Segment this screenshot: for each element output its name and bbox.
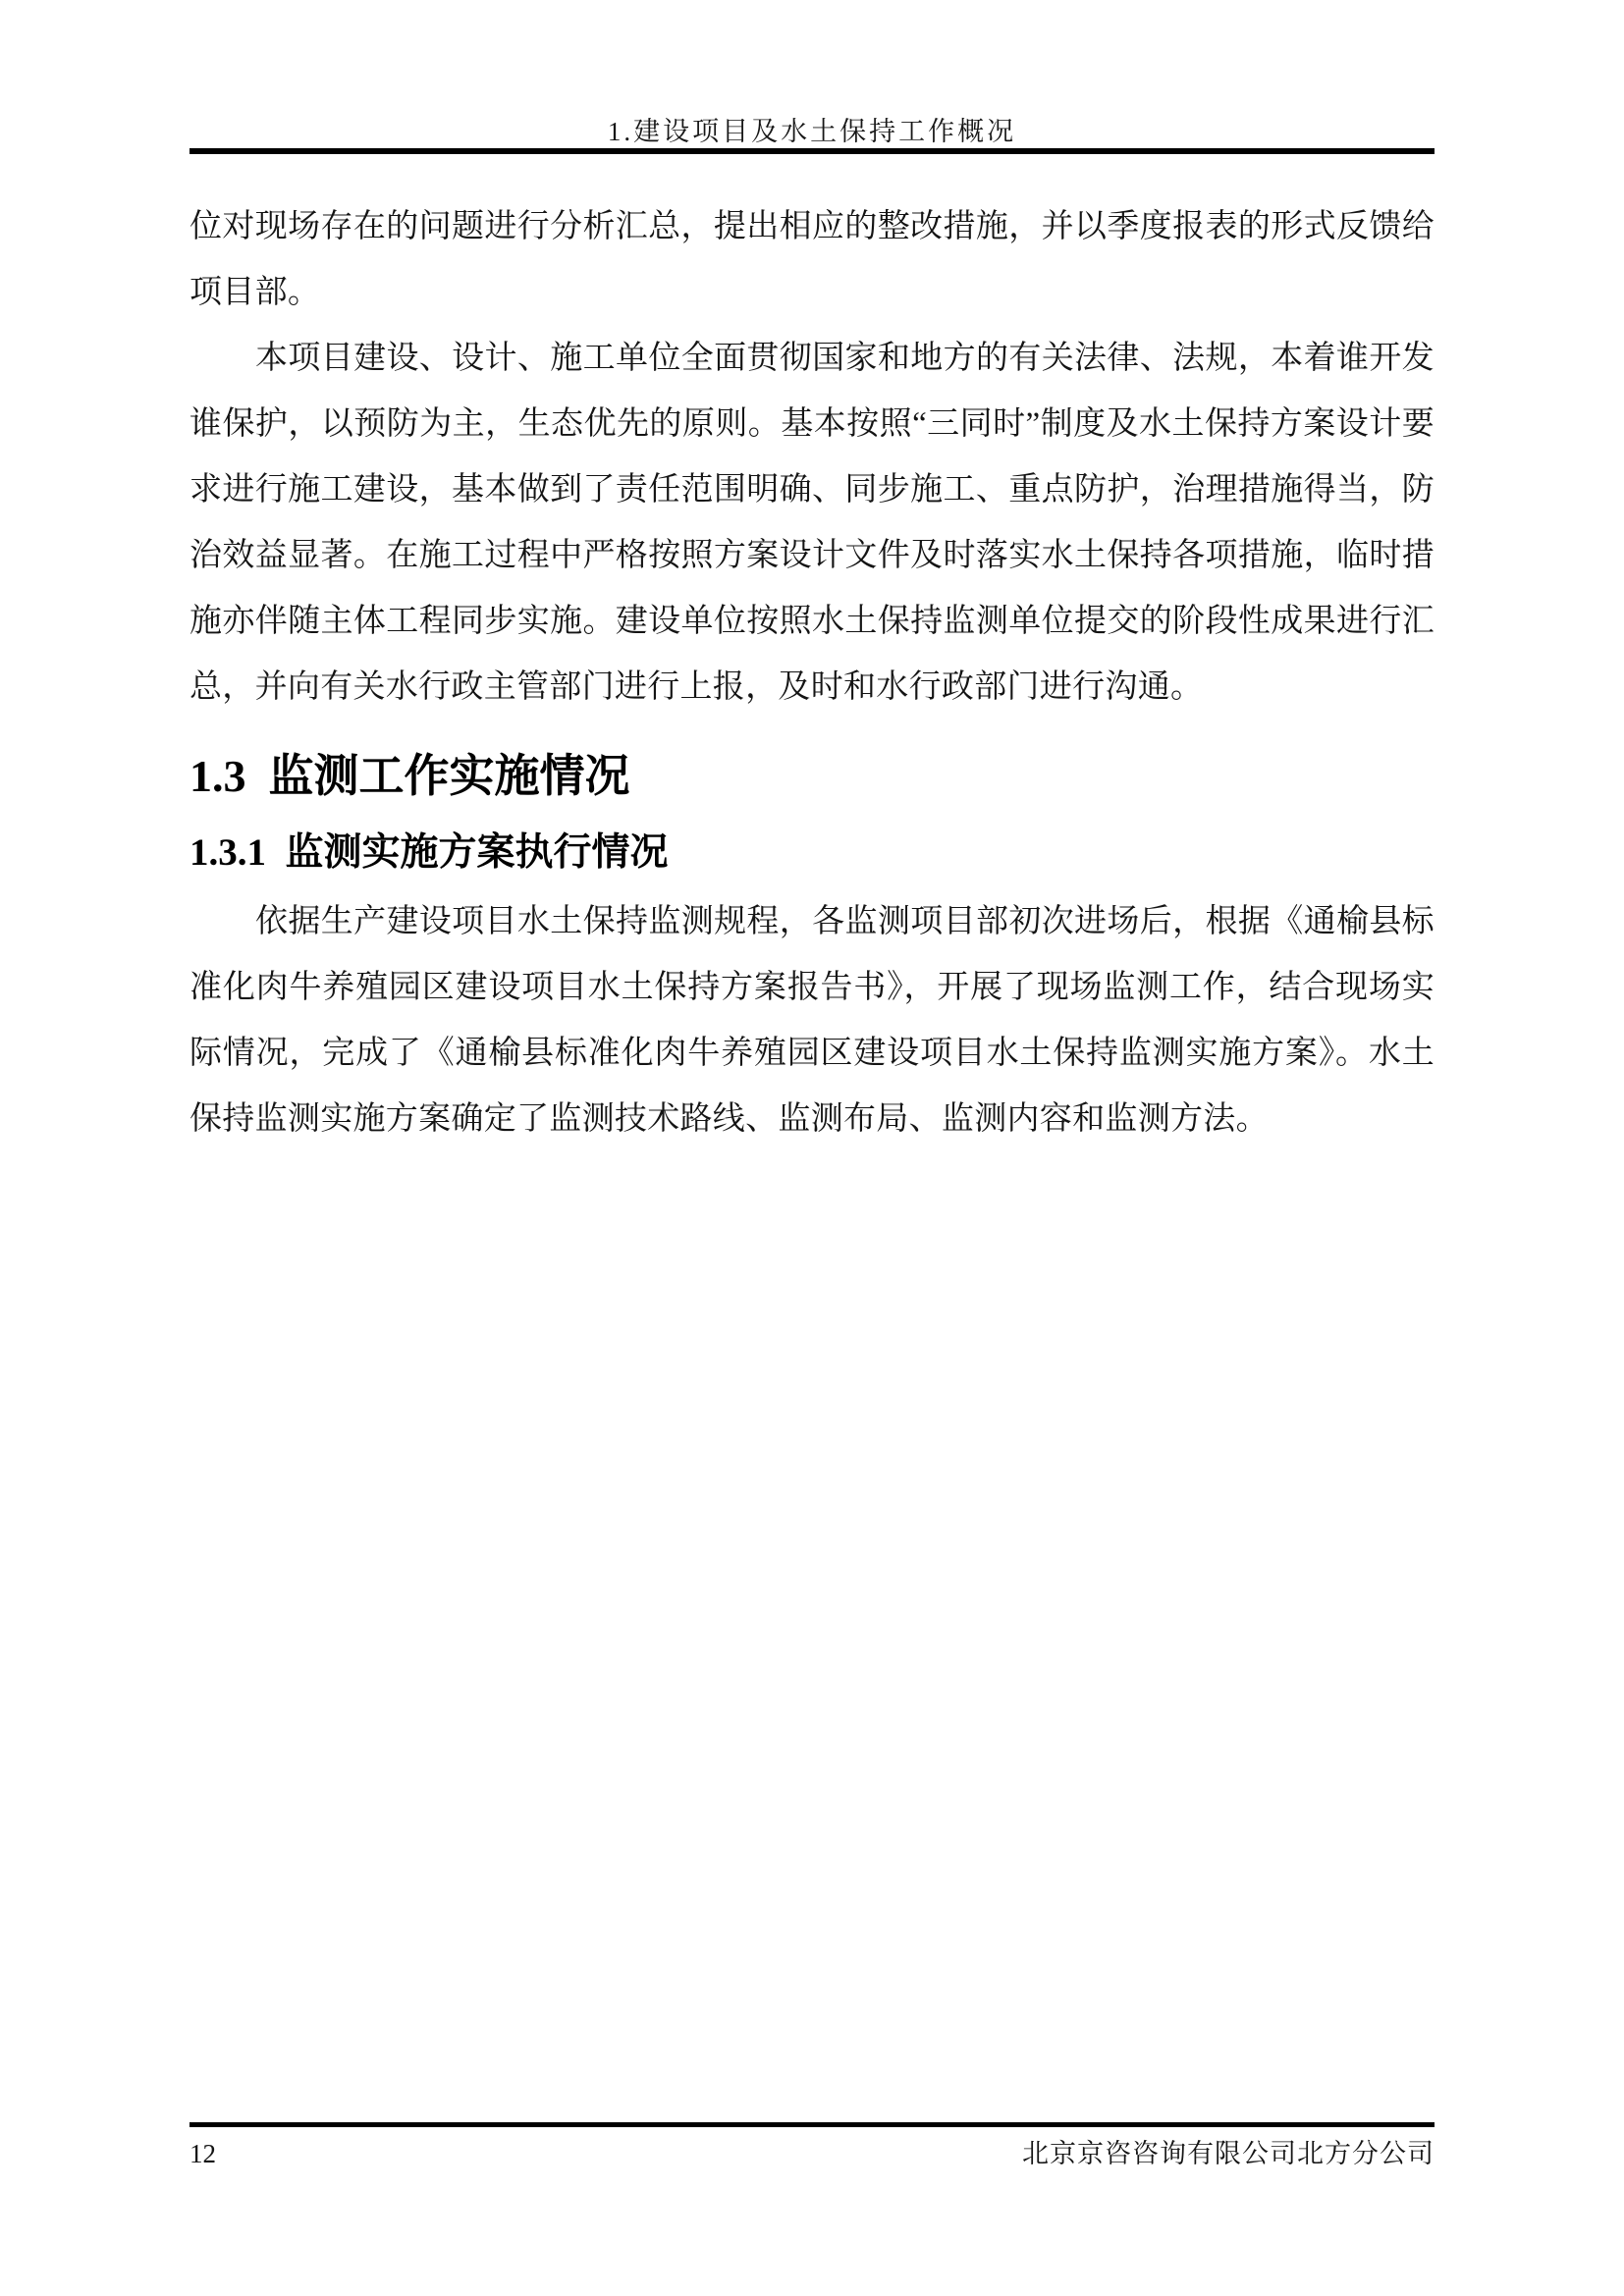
footer-company-name: 北京京咨咨询有限公司北方分公司 xyxy=(1022,2132,1435,2170)
running-header-title: 1.建设项目及水土保持工作概况 xyxy=(189,110,1435,148)
document-page: 1.建设项目及水土保持工作概况 位对现场存在的问题进行分析汇总，提出相应的整改措… xyxy=(0,0,1624,2296)
body-paragraph-continuation: 位对现场存在的问题进行分析汇总，提出相应的整改措施，并以季度报表的形式反馈给项目… xyxy=(189,194,1435,326)
body-paragraph-project-compliance: 本项目建设、设计、施工单位全面贯彻国家和地方的有关法律、法规，本着谁开发谁保护，… xyxy=(189,326,1435,721)
document-body: 位对现场存在的问题进行分析汇总，提出相应的整改措施，并以季度报表的形式反馈给项目… xyxy=(189,194,1435,1152)
section-heading-1-3: 1.3 监测工作实施情况 xyxy=(189,748,1435,805)
body-paragraph-monitoring-plan: 依据生产建设项目水土保持监测规程，各监测项目部初次进场后，根据《通榆县标准化肉牛… xyxy=(189,889,1435,1152)
page-footer: 12 北京京咨咨询有限公司北方分公司 xyxy=(189,2122,1435,2170)
page-number: 12 xyxy=(189,2139,216,2169)
subsection-heading-1-3-1: 1.3.1 监测实施方案执行情况 xyxy=(189,825,1435,881)
header-rule xyxy=(189,148,1435,154)
